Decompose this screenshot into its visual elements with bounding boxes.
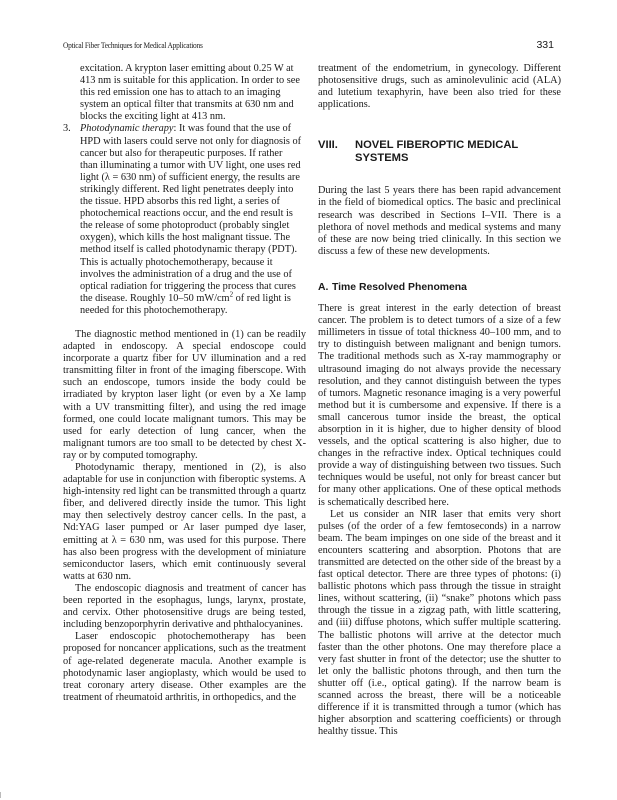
paragraph-gap xyxy=(63,317,306,329)
paragraph-continuation: treatment of the endometrium, in gynecol… xyxy=(318,63,561,111)
section-heading: VIII. NOVEL FIBEROPTIC MEDICAL SYSTEMS xyxy=(318,139,561,165)
paragraph: The diagnostic method mentioned in (1) c… xyxy=(63,329,306,462)
list-item-photodynamic-therapy: 3. Photodynamic therapy: It was found th… xyxy=(63,123,306,317)
subsection-title: Time Resolved Phenomena xyxy=(332,282,467,293)
subsection-heading: A.Time Resolved Phenomena xyxy=(318,282,561,294)
paragraph: There is great interest in the early det… xyxy=(318,303,561,509)
subsection-number: A. xyxy=(318,282,332,294)
left-column: excitation. A krypton laser emitting abo… xyxy=(63,63,306,704)
section-number: VIII. xyxy=(318,139,355,165)
list-text: : It was found that the use of HPD with … xyxy=(80,123,301,303)
list-item-continuation: excitation. A krypton laser emitting abo… xyxy=(63,63,306,123)
paragraph: Photodynamic therapy, mentioned in (2), … xyxy=(63,462,306,583)
paragraph: Laser endoscopic photochemotherapy has b… xyxy=(63,631,306,704)
running-title: Optical Fiber Techniques for Medical App… xyxy=(63,40,203,50)
section-intro: During the last 5 years there has been r… xyxy=(318,185,561,258)
paragraph: Let us consider an NIR laser that emits … xyxy=(318,509,561,739)
scan-edge-mark xyxy=(0,792,1,798)
section-title: NOVEL FIBEROPTIC MEDICAL SYSTEMS xyxy=(355,139,561,165)
paragraph: The endoscopic diagnosis and treatment o… xyxy=(63,583,306,631)
page-number: 331 xyxy=(536,39,554,51)
list-term: Photodynamic therapy xyxy=(80,123,174,134)
right-column: treatment of the endometrium, in gynecol… xyxy=(318,63,561,738)
list-number: 3. xyxy=(63,123,71,135)
